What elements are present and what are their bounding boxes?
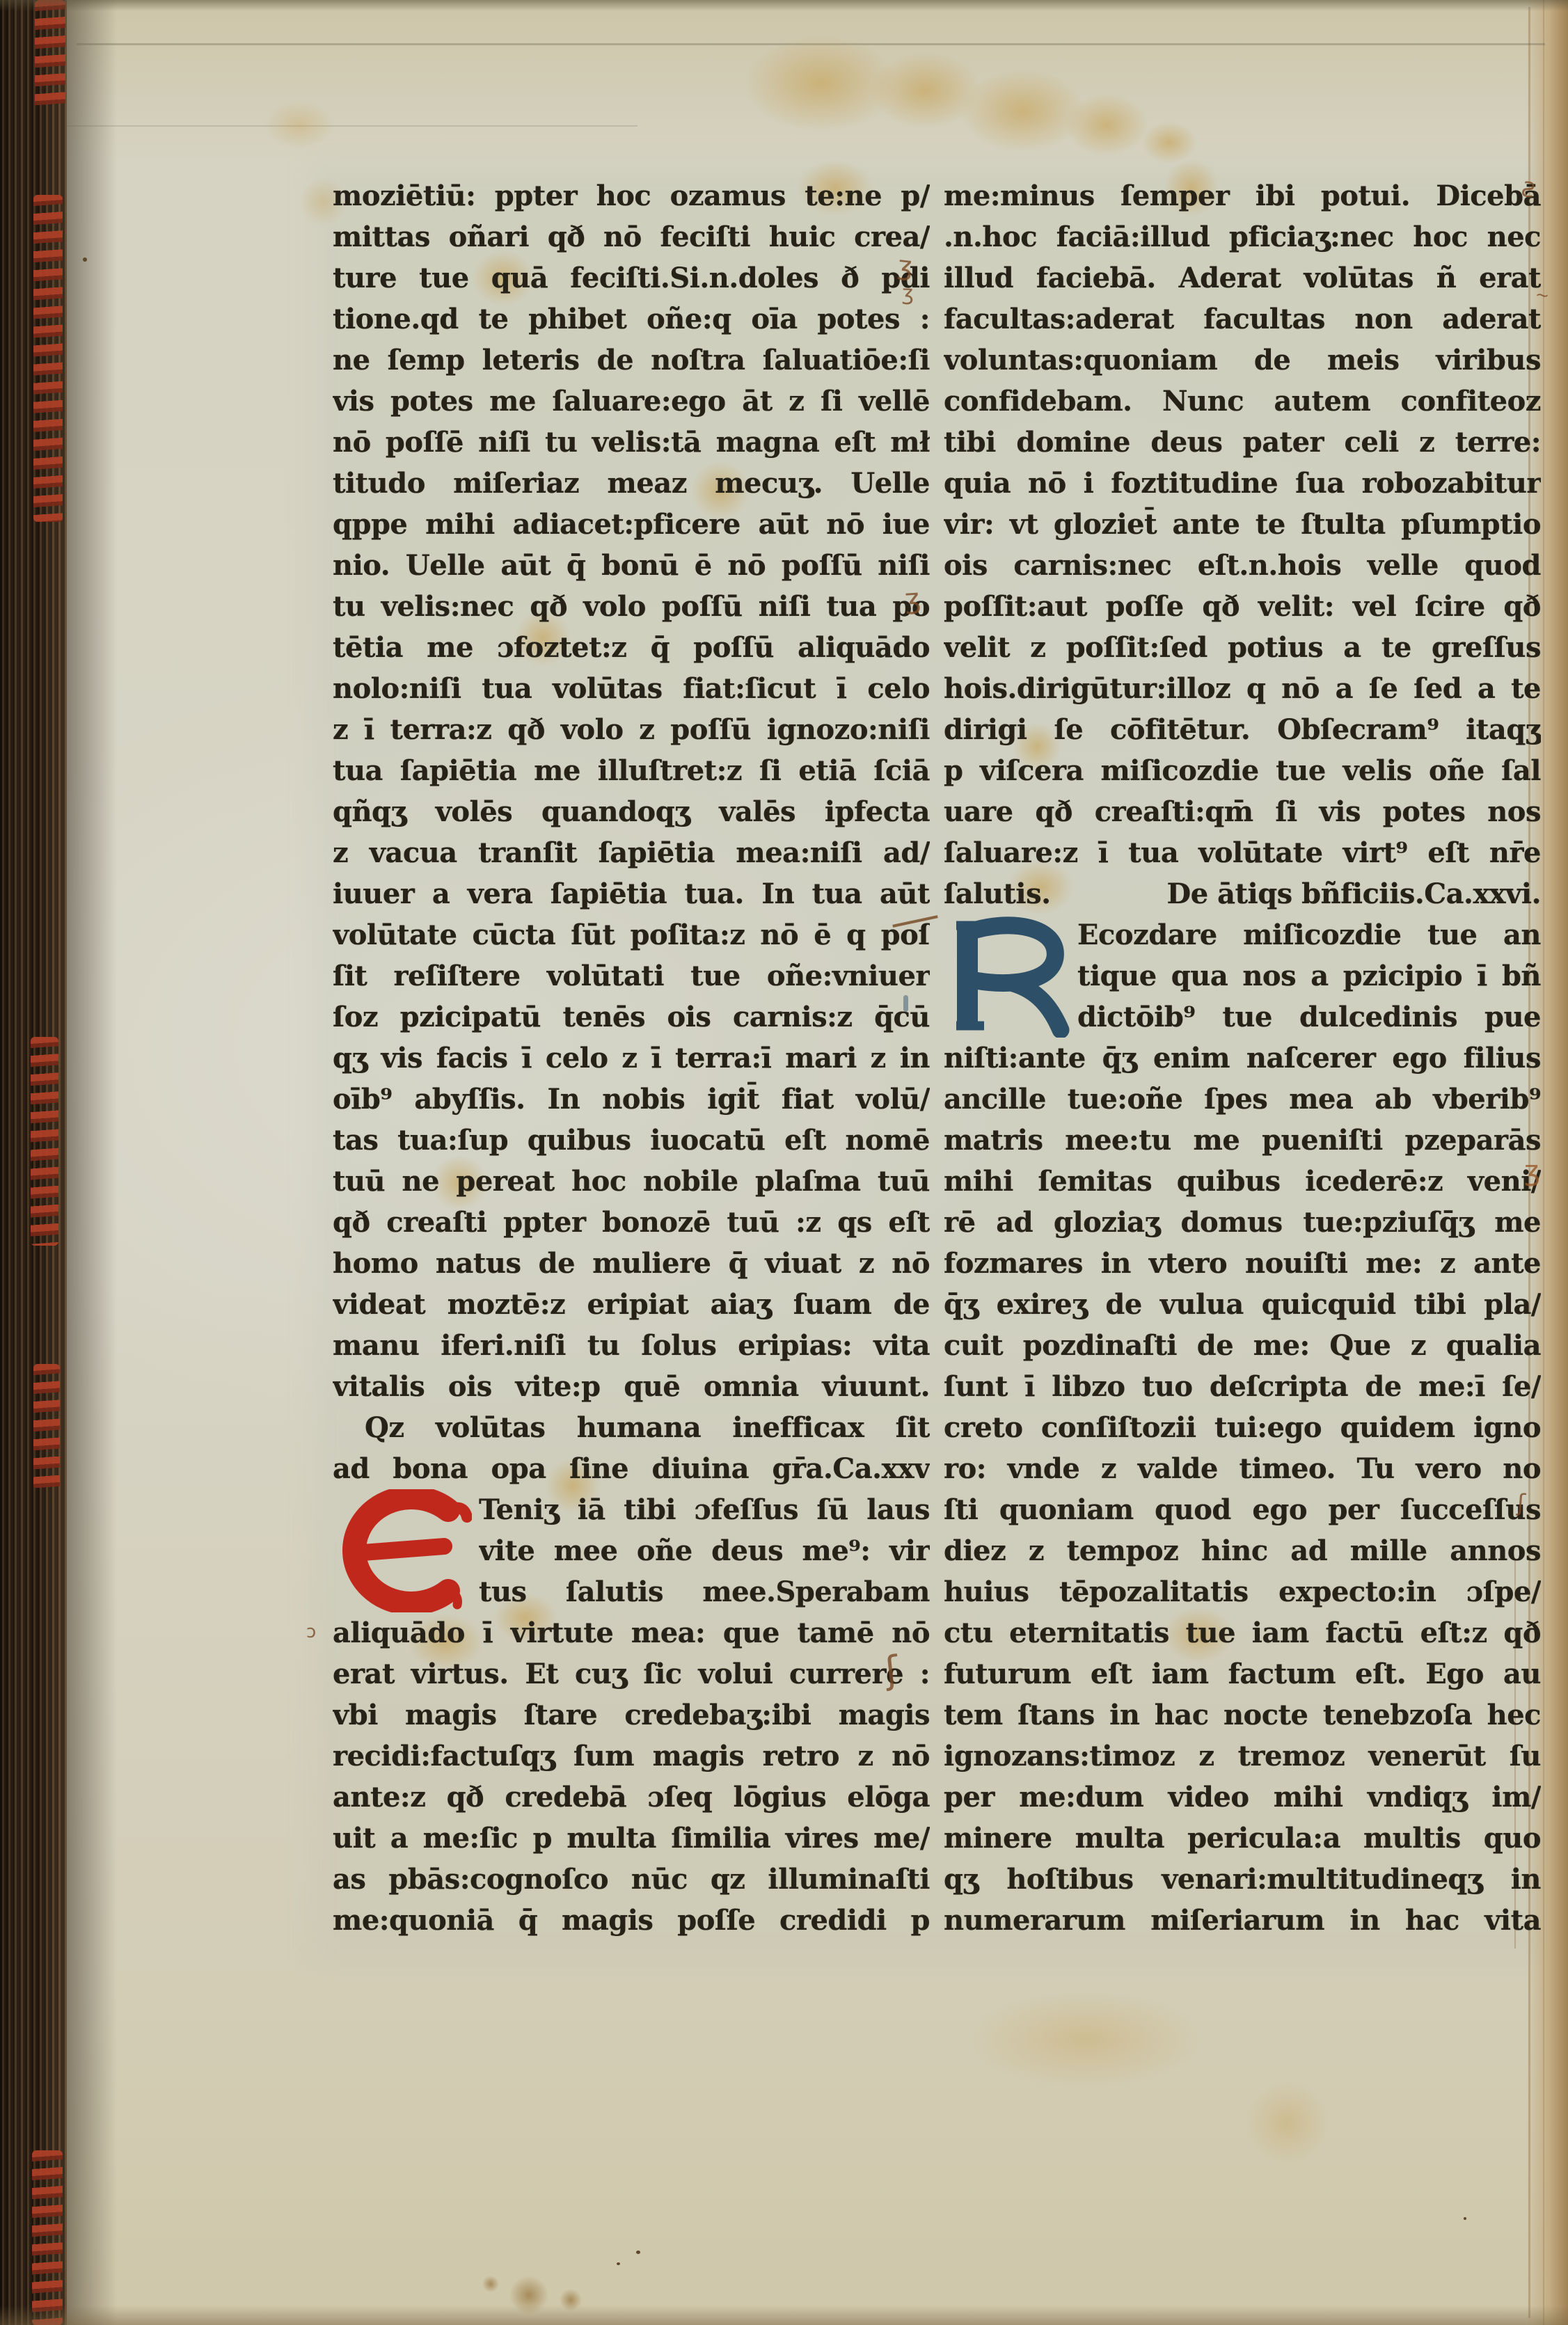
bottom-page-edge [0, 2306, 1568, 2325]
ink-speck [617, 2262, 620, 2265]
text-line: erat virtus. Et cuʒ ſic volui currere : [333, 1653, 930, 1695]
text-line: dictōib⁹ tue dulcedinis pue [1077, 997, 1541, 1038]
text-line: qppe mihi adiacet:pficere aūt nō iue [333, 504, 930, 545]
text-line: qʒ hoſtibus venari:multitudineqʒ in [944, 1859, 1541, 1900]
text-line: confidebam. Nunc autem confiteoz [944, 381, 1541, 422]
text-line: vitalis ois vite:p quē omnia viuunt. [333, 1366, 930, 1407]
paragraph-end: ſalutis. [944, 873, 1051, 914]
text-line: vite mee oñe deus me⁹: vir [479, 1530, 930, 1571]
text-line: me:quoniā q̄ magis poſſe credidi p [333, 1900, 930, 1941]
handwritten-margin-mark: ɔ [306, 1621, 316, 1642]
paper-stain [509, 2276, 548, 2315]
text-line: moziētiū: ppter hoc ozamus te:ne p/ [333, 175, 930, 216]
text-line: ancille tue:oñe ſpes mea ab vberib⁹ [944, 1079, 1541, 1120]
text-block: moziētiū: ppter hoc ozamus te:ne p/mitta… [333, 175, 930, 1407]
text-line: mihi ſemitas quibus icederē:z veni/ [944, 1161, 1541, 1202]
handwritten-margin-mark: ʒ [901, 281, 914, 306]
text-line: facultas:aderat facultas non aderat [944, 299, 1541, 340]
text-line: rē ad gloziaʒ domus tue:pziuſq̄ʒ me [944, 1202, 1541, 1243]
text-line: tas tua:ſup quibus iuocatū eſt nomē [333, 1120, 930, 1161]
text-line: manu iferi.niſi tu ſolus eripias: vita [333, 1325, 930, 1366]
paper-stain [967, 1990, 1204, 2088]
crease-line [67, 125, 638, 127]
text-line: tibi domine deus pater celi z terre: [944, 422, 1541, 463]
handwritten-margin-mark: ~ [1534, 285, 1551, 306]
book-page-scan: { "colors": { "ink": "#262218", "paper":… [0, 0, 1568, 2325]
paper-stain [960, 70, 1086, 153]
text-line: per me:dum video mihi vndiqʒ im/ [944, 1777, 1541, 1818]
paper-stain [264, 101, 334, 150]
paper-stain [1246, 2081, 1329, 2164]
text-line: oīb⁹ abyſſis. In nobis igit̄ fiat volū/ [333, 1079, 930, 1120]
page-edge-red-stain [33, 1364, 60, 1489]
ink-speck [636, 2251, 640, 2254]
text-block: me:minus ſemper ibi potui. Dicebā.n.hoc … [944, 175, 1541, 873]
text-line: qñqʒ volēs quandoqʒ valēs ipfecta [333, 791, 930, 832]
text-line: uare qð creaſti:qm̄ ſi vis potes nos [944, 791, 1541, 832]
handwritten-margin-mark: ʒ [896, 250, 914, 282]
text-line: velit z poſſit:ſed potius a te greſſus [944, 627, 1541, 668]
text-line: p viſcera miſicozdie tue velis oñe ſal [944, 750, 1541, 791]
text-line: tem ſtans in hac nocte tenebzoſa hec [944, 1695, 1541, 1736]
text-line: qð creaſti ppter bonozē tuū :z qs eſt [333, 1202, 930, 1243]
text-line: illud faciebā. Aderat volūtas ñ erat [944, 257, 1541, 299]
text-line: Ecozdare miſicozdie tue an [1077, 914, 1541, 955]
text-line: ture tue quā feciſti.Si.n.doles ð pdi [333, 257, 930, 299]
chapter-heading-line: ad bona opa ſine diuina gr̄a.Ca.xxv [333, 1448, 930, 1489]
text-line: qʒ vis facis ī celo z ī terra:ī mari z i… [333, 1038, 930, 1079]
text-line: ſunt ī libzo tuo deſcripta de me:ī ſe/ [944, 1366, 1541, 1407]
page-edge-red-stain [35, 0, 65, 108]
text-line: nio. Uelle aūt q̄ bonū ē nō poſſū niſi [333, 545, 930, 586]
text-line: me:minus ſemper ibi potui. Dicebā [944, 175, 1541, 216]
text-line: ne ſemp leteris de noſtra ſaluatiōe:ſi [333, 340, 930, 381]
page-edge-red-stain [31, 1037, 58, 1246]
text-line: poſſit:aut poſſe qð velit: vel ſcire qð [944, 586, 1541, 627]
text-line: numerarum miſeriarum in hac vita [944, 1900, 1541, 1941]
text-line: diez z tempoz hinc ad mille annos [944, 1530, 1541, 1571]
text-line: z ī terra:z qð volo z poſſū ignozo:niſi [333, 709, 930, 750]
ink-speck [1464, 2217, 1466, 2220]
text-line: volūtate cūcta ſūt poſita:z nō ē q poſ [333, 914, 930, 955]
text-line: ro: vnde z valde timeo. Tu vero no [944, 1448, 1541, 1489]
illuminated-initial-r: R [944, 914, 1073, 1038]
text-line: tuū ne pereat hoc nobile plaſma tuū [333, 1161, 930, 1202]
text-column-left: moziētiū: ppter hoc ozamus te:ne p/mitta… [333, 175, 930, 1941]
text-line: tione.qd te phibet oñe:q oīa potes : [333, 299, 930, 340]
text-line: cuit pozdinaſti de me: Que z qualia [944, 1325, 1541, 1366]
text-line: ſit reſiſtere volūtati tue oñe:vniuer [333, 955, 930, 997]
chapter-heading-line: ſalutis. De ātiqs bñficiis.Ca.xxvi. [944, 873, 1541, 914]
text-line: tus ſalutis mee.Sperabam [479, 1571, 930, 1612]
text-line: homo natus de muliere q̄ viuat z nō [333, 1243, 930, 1284]
text-line: matris mee:tu me pueniſti pzeparās [944, 1120, 1541, 1161]
ink-speck [83, 257, 87, 262]
text-line: fozmares in vtero nouiſti me: z ante [944, 1243, 1541, 1284]
text-line: videat moztē:z eripiat aiaʒ ſuam de [333, 1284, 930, 1325]
ink-drip-mark [903, 995, 908, 1012]
text-block: niſti:ante q̄ʒ enim naſcerer ego filiusa… [944, 1038, 1541, 1941]
text-line: ſti quoniam quod ego per ſucceſſus [944, 1489, 1541, 1530]
top-page-edge [0, 0, 1568, 11]
text-line: niſti:ante q̄ʒ enim naſcerer ego filius [944, 1038, 1541, 1079]
text-line: creto conſiſtozii tui:ego quidem igno [944, 1407, 1541, 1448]
page-edge-red-stain [33, 195, 63, 522]
text-line: voluntas:quoniam de meis viribus [944, 340, 1541, 381]
text-line: .n.hoc faciā:illud pficiaʒ:nec hoc nec [944, 216, 1541, 257]
page-edge-line [1543, 0, 1544, 2325]
page-edge-red-stain [32, 2150, 63, 2325]
text-line: tique qua nos a pzicipio ī bñ [1077, 955, 1541, 997]
text-column-right: me:minus ſemper ibi potui. Dicebā.n.hoc … [944, 175, 1541, 1941]
text-line: tua ſapiētia me illuſtret:z ſi etiā ſciā [333, 750, 930, 791]
text-line: vis potes me ſaluare:ego āt z ſi vellē [333, 381, 930, 422]
text-line: iuuer a vera ſapiētia tua. In tua aūt [333, 873, 930, 914]
paper-stain [560, 2289, 582, 2311]
text-line: nolo:niſi tua volūtas fiat:ſicut ī celo [333, 668, 930, 709]
text-line: ſaluare:z ī tua volūtate virt⁹ eſt nr̄e [944, 832, 1541, 873]
text-line: hois.dirigūtur:illoz q nō a ſe ſed a te [944, 668, 1541, 709]
text-line: recidi:factuſqʒ ſum magis retro z nō [333, 1736, 930, 1777]
text-line: ſoz pzicipatū tenēs ois carnis:z q̄cū [333, 997, 930, 1038]
text-line: minere multa pericula:a multis quo [944, 1818, 1541, 1859]
text-line: nō poſſē niſi tu velis:tā magna eſt mł [333, 422, 930, 463]
text-line: Teniʒ iā tibi ɔfeſſus ſū laus [479, 1489, 930, 1530]
text-line: huius tēpozalitatis expecto:in ɔſpe/ [944, 1571, 1541, 1612]
text-block: aliquādo ī virtute mea: que tamē nōerat … [333, 1612, 930, 1941]
paper-stain [482, 2276, 499, 2292]
text-line: futurum eſt iam factum eſt. Ego au [944, 1653, 1541, 1695]
text-line: vbi magis ſtare credebaʒ:ibi magis [333, 1695, 930, 1736]
text-line: ante:z qð credebā ɔſeq lōgius elōga [333, 1777, 930, 1818]
chapter-heading-line: Qz volūtas humana inefficax ſit [333, 1407, 930, 1448]
illuminated-initial-e: E [333, 1489, 472, 1612]
text-line: tu velis:nec qð volo poſſū niſi tua po [333, 586, 930, 627]
text-line: vir: vt gloziet̄ ante te ſtulta pſumptio [944, 504, 1541, 545]
chapter-title: De ātiqs bñficiis.Ca.xxvi. [1167, 873, 1541, 914]
text-line: ignozans:timoz z tremoz venerūt ſu [944, 1736, 1541, 1777]
paper-stain [1141, 122, 1197, 164]
text-line: dirigi ſe cōfitētur. Obſecram⁹ itaqʒ [944, 709, 1541, 750]
text-line: quia nō i foztitudine ſua robozabitur [944, 463, 1541, 504]
text-line: ctu eternitatis tue iam factū eſt:z qð [944, 1612, 1541, 1653]
text-line: mittas oñari qð nō feciſti huic crea/ [333, 216, 930, 257]
handwritten-margin-mark: ʒ [1524, 1155, 1540, 1187]
text-line: ois carnis:nec eſt.n.hois velle quod [944, 545, 1541, 586]
paper-stain [1065, 94, 1148, 157]
text-line: uit a me:ſic p multa ſimilia vires me/ [333, 1818, 930, 1859]
handwritten-margin-mark: ʒ [903, 582, 921, 616]
text-line: as pbās:cognoſco nūc qz illuminaſti [333, 1859, 930, 1900]
text-line: z vacua tranſit ſapiētia mea:niſi ad/ [333, 832, 930, 873]
text-line: aliquādo ī virtute mea: que tamē nō [333, 1612, 930, 1653]
text-line: tētia me ɔfoztet:z q̄ poſſū aliquādo [333, 627, 930, 668]
text-line: q̄ʒ exireʒ de vulua quicquid tibi pla/ [944, 1284, 1541, 1325]
gutter-shadow [67, 0, 117, 2325]
text-line: titudo miſeriaz meaz mecuʒ. Uelle [333, 463, 930, 504]
